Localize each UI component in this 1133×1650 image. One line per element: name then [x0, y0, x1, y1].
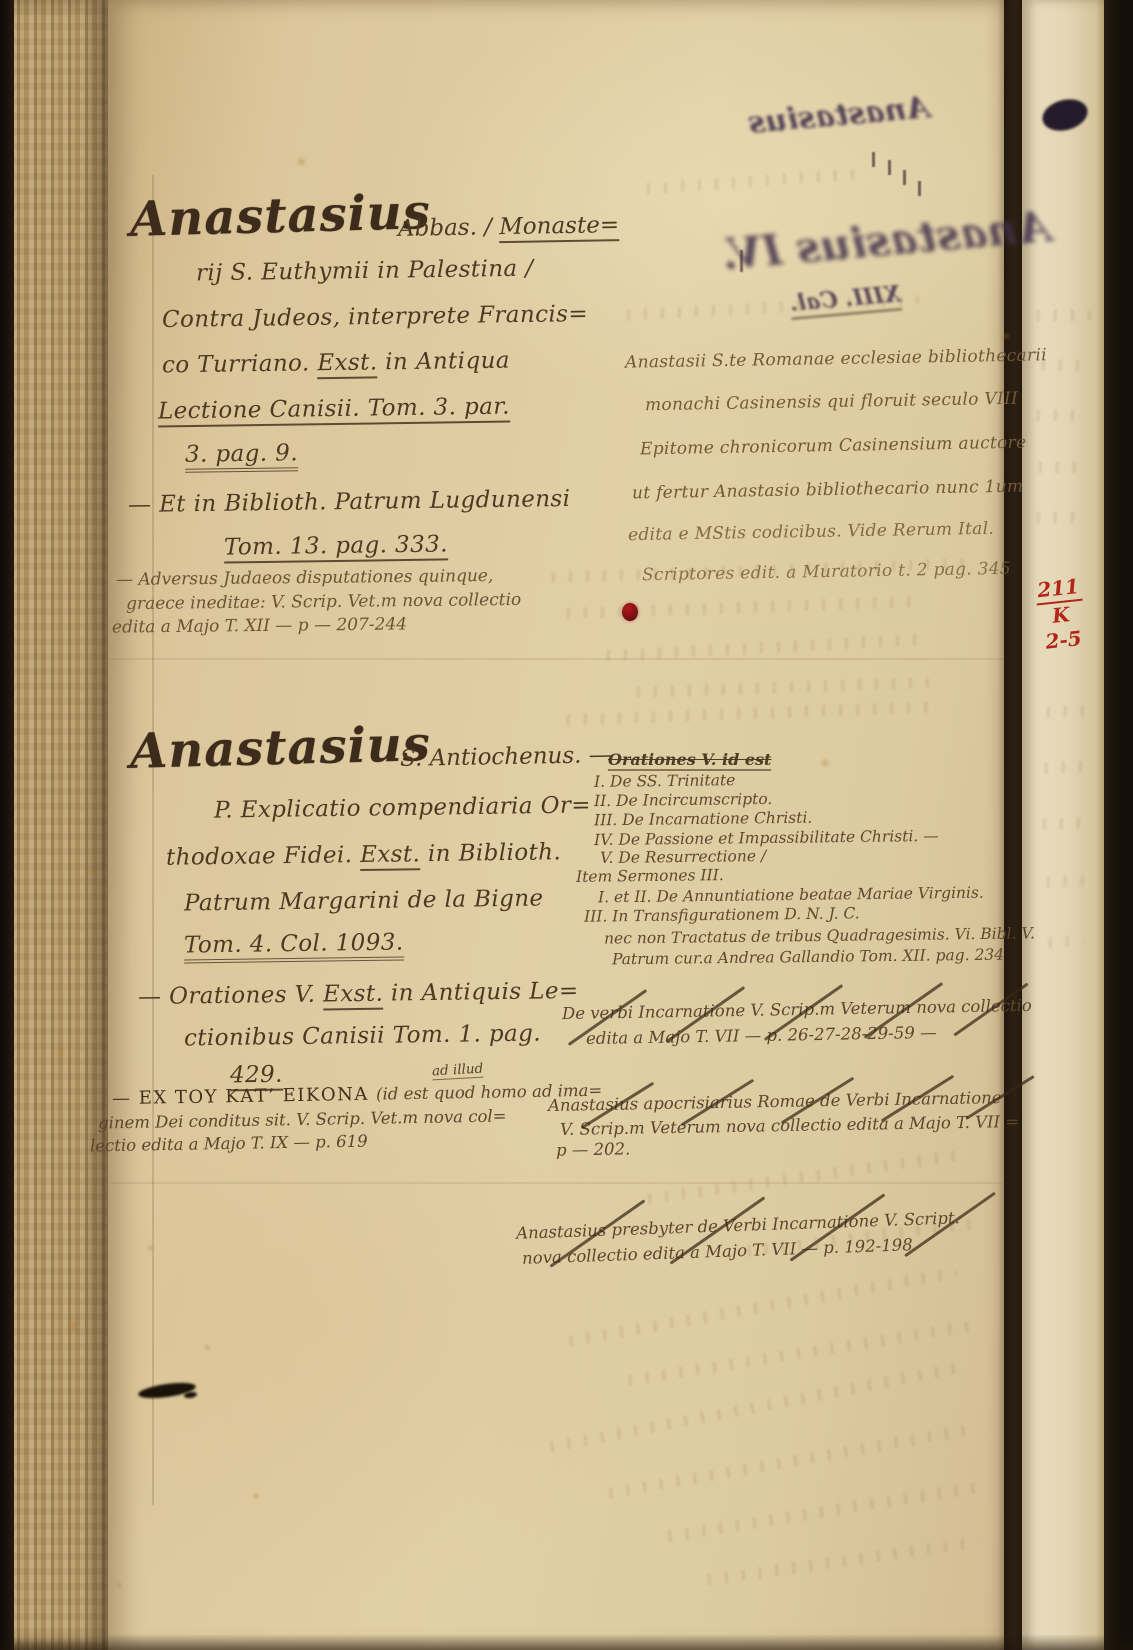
- entry2-line: ctionibus Canisii Tom. 1. pag.: [184, 1021, 541, 1052]
- entry1-note-line: edita a Majo T. XII — p — 207-244: [112, 614, 407, 637]
- foxing-spot: [820, 758, 830, 768]
- entry1-line: Lectione Canisii. Tom. 3. par.: [158, 394, 510, 428]
- entry1-line-part: in Antiqua: [377, 348, 510, 376]
- foxing-spot: [88, 868, 95, 875]
- entry2-ref: Tom. 4. Col. 1093.: [184, 929, 404, 963]
- sermon-list-intro: Item Sermones III.: [576, 866, 724, 886]
- ink-tick: [903, 170, 906, 185]
- entry3-line-part: (id est: [376, 1084, 429, 1104]
- next-page-ghost-mark: [1032, 462, 1082, 473]
- entry2-line-part: thodoxae Fidei.: [166, 842, 360, 871]
- entry1-note-line: — Adversus Judaeos disputationes quinque…: [116, 566, 494, 590]
- ink-tick: [918, 181, 921, 196]
- next-page-ghost-mark: [1035, 360, 1090, 371]
- next-page-ghost-mark: [1030, 512, 1085, 523]
- foxing-spot: [56, 1048, 66, 1058]
- entry1-exst-underlined: Exst.: [317, 349, 378, 379]
- entry1-heading-suffix: Abbas. / Monaste=: [398, 212, 620, 242]
- foxing-spot: [204, 1344, 211, 1351]
- foxing-spot: [116, 1582, 123, 1589]
- paper-crease: [110, 658, 1005, 660]
- manuscript-scan: Anastasius Abbas. / Monaste= rij S. Euth…: [0, 0, 1133, 1650]
- entry1-line: rij S. Euthymii in Palestina /: [196, 256, 534, 287]
- scan-background-right: [1104, 0, 1133, 1650]
- entry1-line-part: co Turriano.: [162, 350, 318, 378]
- red-marginalia-line: 2-5: [1044, 626, 1082, 654]
- foxing-spot: [252, 1492, 260, 1500]
- entry2-line-part: in Biblioth.: [420, 839, 561, 867]
- oration-item: I. De SS. Trinitate: [594, 771, 736, 791]
- entry1-line: co Turriano. Exst. in Antiqua: [162, 348, 510, 379]
- ink-tick: [888, 160, 891, 175]
- next-page-ghost-mark: [1030, 410, 1088, 421]
- ink-tick: [872, 152, 875, 167]
- oration-list-intro: Orationes V. id est: [608, 750, 771, 771]
- canceled-entry-line: p — 202.: [556, 1139, 631, 1159]
- entry2-heading-suffix: S. Antiochenus. —: [400, 742, 612, 772]
- oration-item: V. De Resurrectione /: [600, 847, 766, 867]
- entry2-line-part: — Orationes V.: [138, 981, 323, 1010]
- bottom-edge-shadow: [0, 1634, 1133, 1650]
- entry3-insertion: ad illud: [432, 1061, 484, 1081]
- next-page-ghost-mark: [1040, 875, 1085, 888]
- foxing-spot: [66, 1318, 81, 1333]
- next-page-ghost-mark: [1040, 705, 1090, 718]
- foxing-spot: [296, 156, 307, 167]
- entry1-note-line: graece ineditae: V. Scrip. Vet.m nova co…: [126, 590, 521, 614]
- oration-item: III. De Incarnatione Christi.: [594, 809, 813, 830]
- foxing-spot: [1002, 332, 1011, 341]
- entry2-line: thodoxae Fidei. Exst. in Biblioth.: [166, 839, 561, 871]
- entry1-addendum-ref: Tom. 13. pag. 333.: [224, 531, 448, 563]
- ink-tick: [740, 250, 743, 272]
- foxing-spot: [94, 1436, 105, 1447]
- red-marginalia-line: K: [1051, 602, 1071, 628]
- red-marginalia-line: 211: [1034, 574, 1082, 606]
- next-page-ghost-mark: [1042, 935, 1084, 947]
- oration-item: II. De Incircumscripto.: [594, 790, 772, 810]
- entry1-suffix-a: Abbas. /: [398, 214, 500, 242]
- entry2-heading: Anastasius: [129, 716, 431, 780]
- entry2-line: P. Explicatio compendiaria Or=: [214, 792, 591, 823]
- entry1-heading: Anastasius: [129, 184, 431, 248]
- next-page-ghost-mark: [1030, 310, 1092, 321]
- entry2-line: Patrum Margarini de la Bigne: [184, 885, 544, 916]
- margin-rule-line: [152, 175, 154, 1505]
- book-spine-shadow: [0, 0, 14, 1650]
- red-marginalia: 211 K 2-5: [1034, 574, 1088, 655]
- sermon-item: III. In Transfigurationem D. N. J. C.: [584, 904, 860, 925]
- entry2-exst-underlined: Exst.: [323, 981, 384, 1011]
- entry2-exst-underlined: Exst.: [360, 841, 421, 871]
- foxing-spot: [146, 1244, 154, 1252]
- next-page-ghost-mark: [1038, 761, 1093, 774]
- next-page-ghost-mark: [1036, 817, 1086, 830]
- paper-crease: [110, 1182, 1005, 1184]
- entry2-line-part: in Antiquis Le=: [383, 978, 579, 1007]
- entry1-suffix-b: Monaste=: [499, 212, 619, 243]
- left-page-edges: [0, 0, 110, 1650]
- entry1-page-ref: 3. pag. 9.: [185, 440, 298, 473]
- foxing-spot: [58, 1516, 67, 1525]
